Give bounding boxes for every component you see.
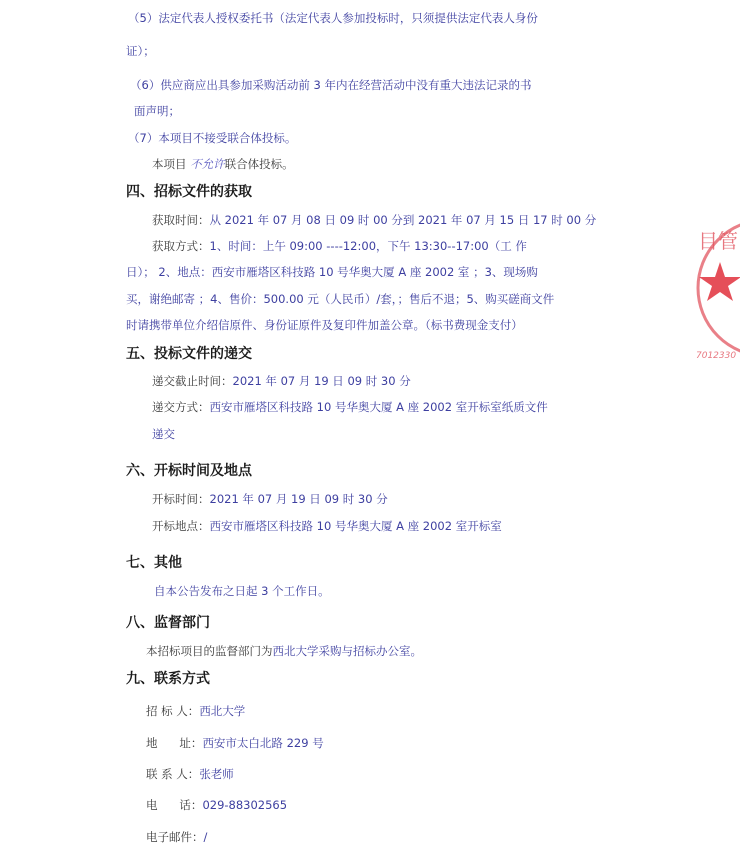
joint-suffix: 联合体投标。 bbox=[225, 157, 294, 171]
section-5-title: 五、投标文件的递交 bbox=[126, 343, 252, 363]
phone-label: 电 话： bbox=[146, 798, 202, 812]
item-7: （7）本项目不接受联合体投标。 bbox=[128, 130, 296, 146]
submit-method-value: 西安市雁塔区科技路 10 号华奥大厦 A 座 2002 室开标室纸质文件 bbox=[210, 400, 548, 414]
section-9-title: 九、联系方式 bbox=[126, 668, 210, 688]
section-6-title: 六、开标时间及地点 bbox=[126, 460, 252, 480]
submit-method-cont: 递交 bbox=[152, 426, 175, 442]
joint-prefix: 本项目 bbox=[152, 157, 187, 171]
seal-icon: 目管 7012330 bbox=[696, 210, 740, 370]
obtain-method-3: 买，谢绝邮寄 ；4、售价：500.00 元（人民币）/套，；售后不退；5、购买磋… bbox=[126, 291, 554, 307]
section-7-title: 七、其他 bbox=[126, 552, 182, 572]
obtain-method-1: 获取方式：1、时间：上午 09:00 ----12:00，下午 13:30--1… bbox=[152, 238, 527, 254]
submit-deadline: 递交截止时间：2021 年 07 月 19 日 09 时 30 分 bbox=[152, 373, 411, 389]
opening-time: 开标时间：2021 年 07 月 19 日 09 时 30 分 bbox=[152, 491, 388, 507]
submit-deadline-value: 2021 年 07 月 19 日 09 时 30 分 bbox=[233, 374, 411, 388]
obtain-method-4: 时请携带单位介绍信原件、身份证原件及复印件加盖公章。（标书费现金支付） bbox=[126, 317, 523, 333]
obtain-method-label: 获取方式： bbox=[152, 239, 210, 253]
obtain-method-2: 日）； 2、地点：西安市雁塔区科技路 10 号华奥大厦 A 座 2002 室 ；… bbox=[126, 264, 538, 280]
email-value: / bbox=[204, 830, 208, 844]
obtain-time-value: 从 2021 年 07 月 08 日 09 时 00 分到 2021 年 07 … bbox=[210, 213, 597, 227]
section-8-title: 八、监督部门 bbox=[126, 612, 210, 632]
seal-top-text: 目管 bbox=[698, 229, 738, 253]
tenderer-value: 西北大学 bbox=[199, 704, 245, 718]
contact-label: 联 系 人： bbox=[146, 767, 199, 781]
opening-time-label: 开标时间： bbox=[152, 492, 210, 506]
address-label: 地 址： bbox=[146, 736, 202, 750]
submit-method-label: 递交方式： bbox=[152, 400, 210, 414]
phone-value: 029-88302565 bbox=[202, 798, 287, 812]
contact-tenderer: 招 标 人：西北大学 bbox=[146, 703, 245, 719]
item-5-line2: 证）； bbox=[126, 43, 155, 59]
contact-email: 电子邮件：/ bbox=[146, 829, 207, 845]
item-5-line1: （5）法定代表人授权委托书（法定代表人参加投标时，只须提供法定代表人身份 bbox=[128, 10, 538, 26]
supervision-dept: 西北大学采购与招标办公室。 bbox=[273, 644, 423, 658]
submit-deadline-label: 递交截止时间： bbox=[152, 374, 233, 388]
address-value: 西安市太白北路 229 号 bbox=[202, 736, 323, 750]
joint-not-allowed: 不允许 bbox=[190, 157, 225, 171]
contact-phone: 电 话：029-88302565 bbox=[146, 797, 287, 813]
seal-bottom-text: 7012330 bbox=[696, 351, 736, 361]
opening-place: 开标地点：西安市雁塔区科技路 10 号华奥大厦 A 座 2002 室开标室 bbox=[152, 518, 502, 534]
joint-bid-statement: 本项目 不允许联合体投标。 bbox=[152, 156, 294, 172]
contact-address: 地 址：西安市太白北路 229 号 bbox=[146, 735, 324, 751]
obtain-time: 获取时间：从 2021 年 07 月 08 日 09 时 00 分到 2021 … bbox=[152, 212, 596, 228]
obtain-time-label: 获取时间： bbox=[152, 213, 210, 227]
supervision-text: 本招标项目的监督部门为西北大学采购与招标办公室。 bbox=[146, 643, 422, 659]
supervision-prefix: 本招标项目的监督部门为 bbox=[146, 644, 273, 658]
section-4-title: 四、招标文件的获取 bbox=[126, 181, 252, 201]
official-seal-stamp: 目管 7012330 bbox=[696, 210, 740, 370]
tenderer-label: 招 标 人： bbox=[146, 704, 199, 718]
opening-place-value: 西安市雁塔区科技路 10 号华奥大厦 A 座 2002 室开标室 bbox=[210, 519, 502, 533]
obtain-method-value: 1、时间：上午 09:00 ----12:00，下午 13:30--17:00（… bbox=[210, 239, 527, 253]
submit-method: 递交方式：西安市雁塔区科技路 10 号华奥大厦 A 座 2002 室开标室纸质文… bbox=[152, 399, 548, 415]
email-label: 电子邮件： bbox=[146, 830, 204, 844]
item-6-line2: 面声明； bbox=[134, 103, 180, 119]
contact-person: 联 系 人：张老师 bbox=[146, 766, 234, 782]
contact-value: 张老师 bbox=[199, 767, 234, 781]
opening-place-label: 开标地点： bbox=[152, 519, 210, 533]
other-text: 自本公告发布之日起 3 个工作日。 bbox=[154, 583, 330, 599]
item-6-line1: （6）供应商应出具参加采购活动前 3 年内在经营活动中没有重大违法记录的书 bbox=[130, 77, 531, 93]
opening-time-value: 2021 年 07 月 19 日 09 时 30 分 bbox=[210, 492, 388, 506]
